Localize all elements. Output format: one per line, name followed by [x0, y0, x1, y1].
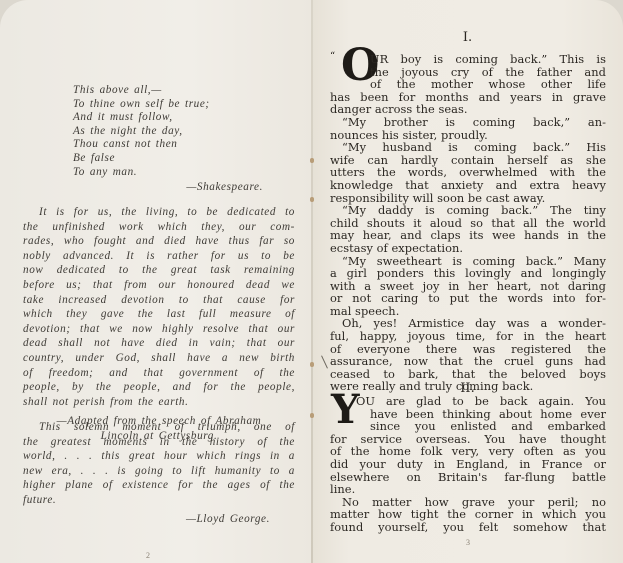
quote-line: nobly advanced. It is rather for us to b…: [23, 249, 295, 264]
staple-mark: [310, 413, 314, 418]
book-spread: This above all,— To thine own self be tr…: [0, 0, 623, 563]
section-1-text: UR boy is coming back.” This is the joyo…: [330, 53, 606, 393]
quote-line: of freedom; and that government of the: [23, 366, 295, 381]
lloyd-george-quote: This solemn moment of triumph, one of th…: [23, 420, 295, 526]
staple-mark: [310, 362, 314, 367]
text-line: “My brother is coming back,” an-: [330, 116, 606, 129]
book-gutter: [311, 0, 313, 563]
quote-line: before us; that from our honoured dead w…: [23, 278, 295, 293]
staple-mark: [310, 197, 314, 202]
staple-mark: [310, 158, 314, 163]
page-number-left: 2: [146, 551, 150, 560]
text-line: UR boy is coming back.” This is: [330, 53, 606, 66]
right-page: I. “ O UR boy is coming back.” This is t…: [312, 0, 623, 563]
text-line: ful, happy, joyous time, for in the hear…: [330, 330, 606, 343]
text-line: a girl ponders this lovingly and longing…: [330, 267, 606, 280]
poem-attribution: —Shakespeare.: [73, 181, 303, 195]
text-line: found yourself, you felt somehow that: [330, 521, 606, 534]
text-line: since you enlisted and embarked: [330, 420, 606, 433]
text-line: OU are glad to be back again. You: [330, 395, 606, 408]
text-line: elsewhere on Britain's far-flung battle: [330, 471, 606, 484]
quote-line: devotion; that we now highly resolve tha…: [23, 322, 295, 337]
quote-line: people, by the people, and for the peopl…: [23, 380, 295, 395]
quote-line: shall not perish from the earth.: [23, 395, 295, 410]
left-page: This above all,— To thine own self be tr…: [0, 0, 312, 563]
quote-line: This solemn moment of triumph, one of: [23, 420, 295, 435]
text-line: ecstasy of expectation.: [330, 242, 606, 255]
quote-line: new era, . . . is going to lift humanity…: [23, 464, 295, 479]
poem-line: And it must follow,: [73, 111, 303, 125]
poem-line: Thou canst not then: [73, 138, 303, 152]
quote-line: country, under God, shall have a new bir…: [23, 351, 295, 366]
text-line: did your duty in England, in France or: [330, 458, 606, 471]
quote-line: higher plane of existence for the ages o…: [23, 478, 295, 493]
text-line: of the mother whose other life: [330, 78, 606, 91]
quote-line: rades, who fought and died have thus far…: [23, 234, 295, 249]
poem-line: As the night the day,: [73, 125, 303, 139]
quote-line: take increased devotion to that cause fo…: [23, 293, 295, 308]
quote-line: It is for us, the living, to be dedicate…: [23, 205, 295, 220]
page-number-right: 3: [466, 538, 470, 547]
text-line: assurance, now that the cruel guns had: [330, 355, 606, 368]
poem-line: To any man.: [73, 166, 303, 180]
text-line: knowledge that anxiety and extra heavy: [330, 179, 606, 192]
section-2-text: OU are glad to be back again. You have b…: [330, 395, 606, 534]
quote-line: which they gave the last full measure of: [23, 307, 295, 322]
quote-line: the unfinished work which they, our com-: [23, 220, 295, 235]
quote-line: world, . . . this great hour which rings…: [23, 449, 295, 464]
quote-line: the greatest moments in the history of t…: [23, 435, 295, 450]
lloyd-george-attribution: —Lloyd George.: [23, 512, 295, 527]
text-line: line.: [330, 483, 606, 496]
quote-line: now dedicated to the great task remainin…: [23, 263, 295, 278]
shakespeare-quote: This above all,— To thine own self be tr…: [73, 84, 303, 195]
text-line: “My daddy is coming back.” The tiny: [330, 204, 606, 217]
poem-line: This above all,—: [73, 84, 303, 98]
text-line: or not caring to put the words into for-: [330, 292, 606, 305]
quote-line: dead shall not have died in vain; that o…: [23, 336, 295, 351]
poem-line: Be false: [73, 152, 303, 166]
text-line: “My husband is coming back.” His: [330, 141, 606, 154]
poem-line: To thine own self be true;: [73, 98, 303, 112]
lincoln-quote: It is for us, the living, to be dedicate…: [23, 205, 295, 444]
quote-line: future.: [23, 493, 295, 508]
